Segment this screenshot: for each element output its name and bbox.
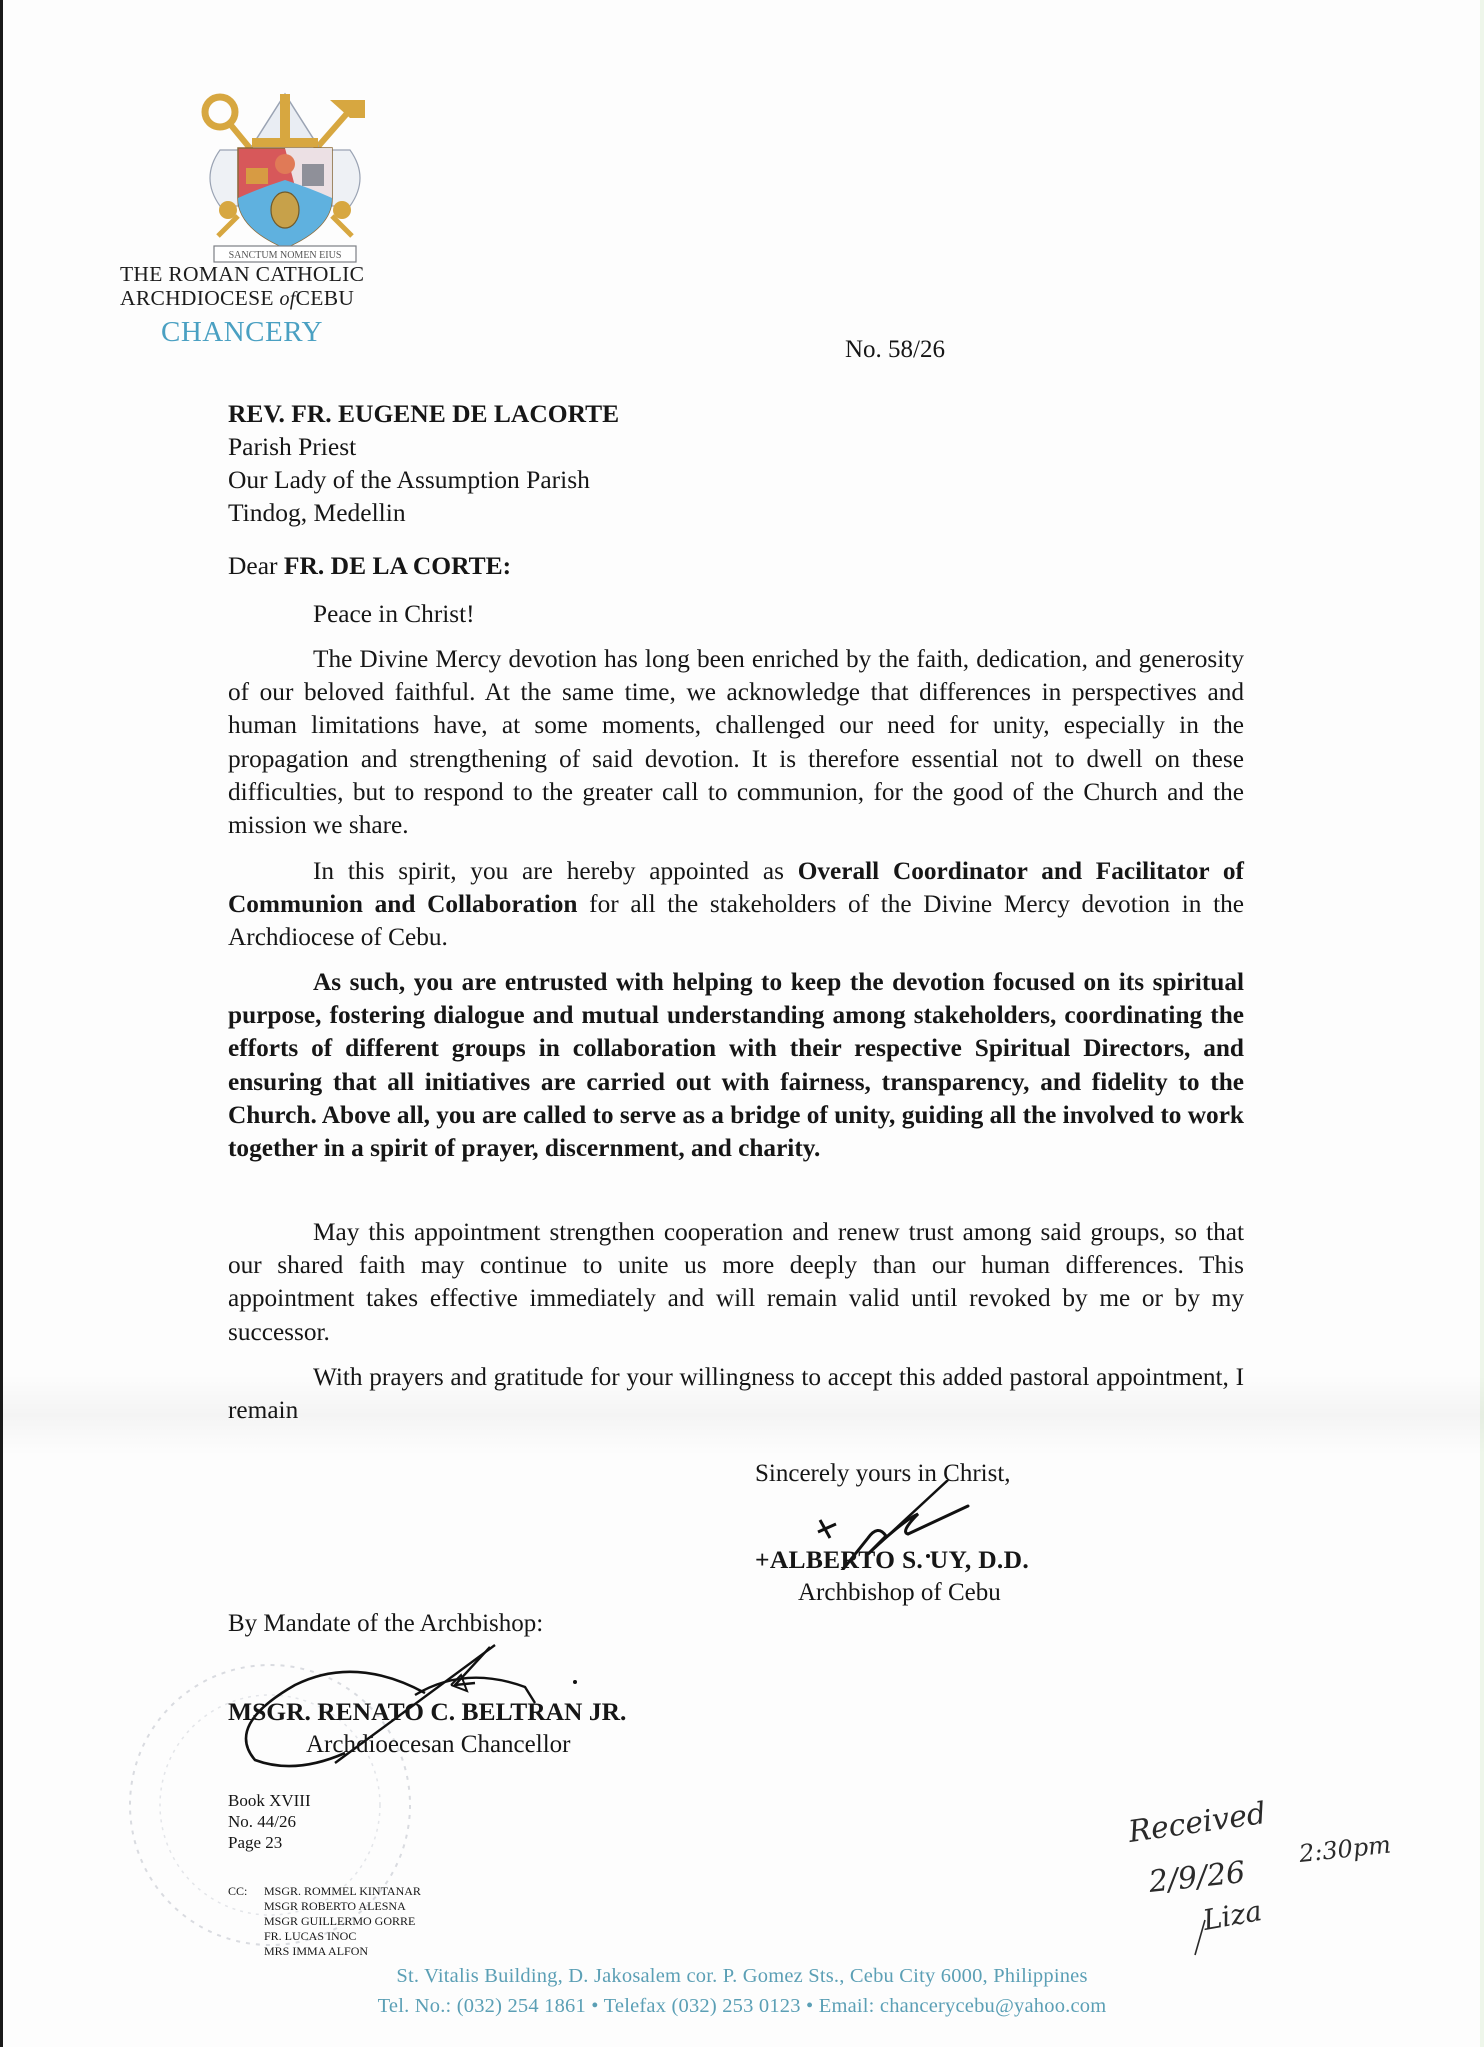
archbishop-title: Archbishop of Cebu [798,1579,1001,1607]
registry-number: No. 44/26 [228,1811,296,1832]
footer-contact: Tel. No.: (032) 254 1861 • Telefax (032)… [0,1995,1484,2018]
handwritten-received: Received [1125,1796,1268,1850]
cc-recipient: MSGR ROBERTO ALESNA [264,1899,421,1914]
addressee-parish: Our Lady of the Assumption Parish [228,464,590,496]
paragraph-3-duties: As such, you are entrusted with helping … [228,966,1244,1165]
org-name-of: of [280,288,296,310]
handwritten-initials: Liza [1200,1894,1265,1937]
scan-edge-right [1480,0,1484,2047]
handwritten-date: 2/9/26 [1146,1855,1247,1900]
addressee-name: REV. FR. EUGENE DE LACORTE [228,398,619,430]
chancellor-title: Archdioecesan Chancellor [306,1731,570,1759]
salutation-prefix: Dear [228,551,284,580]
org-name-line-2: ARCHDIOCESE ofCEBU [120,286,354,311]
cc-recipient: MSGR GUILLERMO GORRE [264,1914,421,1929]
mandate-label: By Mandate of the Archbishop: [228,1610,543,1638]
crest-motto: SANCTUM NOMEN EIUS [229,250,342,261]
addressee-location: Tindog, Medellin [228,497,406,529]
cc-recipient: MRS IMMA ALFON [264,1944,421,1959]
chancellor-name: MSGR. RENATO C. BELTRAN JR. [228,1697,626,1727]
paragraph-2-appointment: In this spirit, you are hereby appointed… [228,855,1244,955]
cc-label: CC: [228,1884,247,1899]
handwritten-time: 2:30pm [1297,1831,1392,1869]
org-name-archdiocese: ARCHDIOCESE [120,286,280,310]
cc-recipients: MSGR. ROMMEL KINTANAR MSGR ROBERTO ALESN… [264,1884,421,1959]
cc-recipient: FR. LUCAS INOC [264,1929,421,1944]
reference-number: No. 58/26 [845,336,945,364]
addressee-position: Parish Priest [228,431,356,463]
archbishop-name: +ALBERTO S. UY, D.D. [755,1545,1029,1575]
salutation: Dear FR. DE LA CORTE: [228,550,511,582]
department-name: CHANCERY [161,316,323,349]
handwritten-received-note: Received 2/9/26 Liza 2:30pm [1095,1780,1415,1960]
org-name-line-1: THE ROMAN CATHOLIC [120,262,364,286]
footer-address: St. Vitalis Building, D. Jakosalem cor. … [0,1965,1484,1988]
archdiocese-coat-of-arms-icon: SANCTUM NOMEN EIUS [180,88,390,266]
registry-book: Book XVIII [228,1790,311,1811]
appointment-intro: In this spirit, you are hereby appointed… [313,857,798,885]
scan-edge-left [0,0,3,2047]
greeting: Peace in Christ! [228,598,1244,631]
org-name-cebu: CEBU [296,286,355,310]
salutation-name: FR. DE LA CORTE: [284,551,511,580]
registry-page: Page 23 [228,1832,282,1853]
cc-recipient: MSGR. ROMMEL KINTANAR [264,1884,421,1899]
paragraph-4-effectivity: May this appointment strengthen cooperat… [228,1216,1244,1349]
paragraph-1: The Divine Mercy devotion has long been … [228,643,1244,842]
paragraph-5-closing: With prayers and gratitude for your will… [228,1361,1244,1427]
